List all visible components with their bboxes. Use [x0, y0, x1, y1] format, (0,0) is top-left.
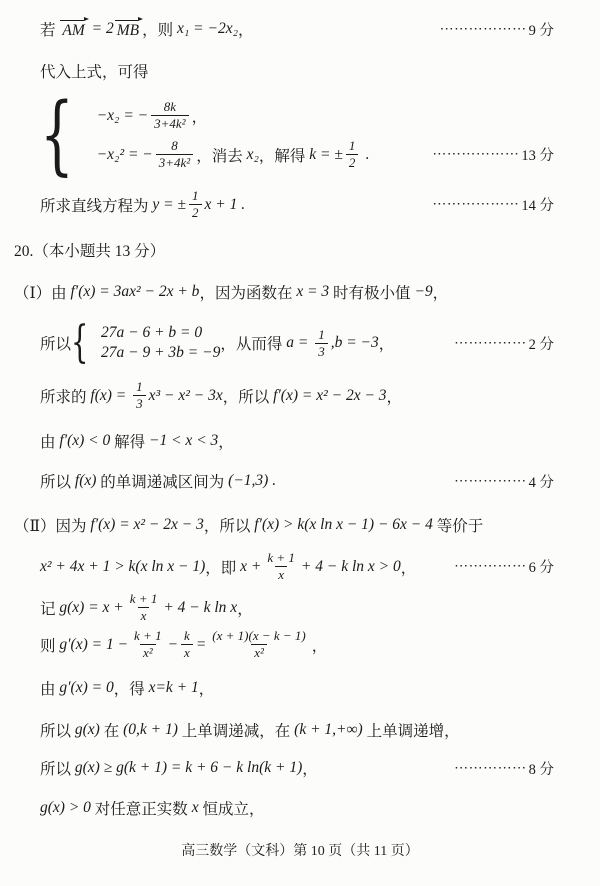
system-rows: −x₂ = −8k3+4k²， −x₂² = −83+4k²，消去 x₂，解得 …	[97, 96, 554, 174]
page-footer: 高三数学（文科）第 10 页（共 11 页）	[0, 840, 600, 860]
text: ，	[218, 430, 234, 452]
text: 等价于	[433, 514, 483, 536]
math: x₂	[247, 146, 259, 164]
numerator: 8k	[161, 99, 179, 115]
math: x₁ = −2x₂	[177, 20, 238, 38]
text: 20.（本小题共 13 分）	[14, 239, 165, 261]
text: 在	[100, 719, 123, 741]
text: ，得	[114, 677, 149, 699]
text: 则	[40, 634, 59, 656]
denominator: x	[275, 566, 287, 583]
solution-line: 代入上式，可得	[40, 60, 554, 82]
fraction: kx	[181, 628, 193, 661]
score-marker: ⋯⋯⋯⋯⋯⋯13 分	[432, 144, 554, 165]
text: ，	[199, 677, 215, 699]
denominator: 2	[189, 204, 202, 221]
part-1-line: （Ⅰ）由 f′(x) = 3ax² − 2x + b，因为函数在 x = 3 时…	[14, 281, 554, 303]
solution-line: 则 g′(x) = 1 −k + 1x²−kx=(x + 1)(x − k − …	[40, 628, 554, 661]
denominator: x	[138, 607, 150, 624]
math: −x₂ = −	[97, 107, 148, 125]
score-value: 9 分	[527, 19, 554, 40]
solution-line: 所以 f(x) 的单调递减区间为 (−1,3) . ⋯⋯⋯⋯⋯4 分	[40, 470, 554, 492]
math: + 4 − k ln x > 0	[301, 558, 401, 576]
math: f′(x) > k(x ln x − 1) − 6x − 4	[254, 516, 433, 534]
text: 解得	[110, 430, 149, 452]
denominator: 3	[315, 343, 328, 360]
solution-line: 所以 g(x) 在 (0,k + 1) 上单调递减，在 (k + 1,+∞) 上…	[40, 719, 554, 741]
solution-line: 由 f′(x) < 0 解得 −1 < x < 3，	[40, 430, 554, 452]
text: .	[361, 146, 369, 164]
math: g(x) = x +	[59, 599, 123, 617]
text: 上单调递增，	[363, 719, 460, 741]
text: 所求的	[40, 385, 90, 407]
text: ，	[312, 634, 328, 656]
math: x +	[240, 558, 261, 576]
fraction: 12	[189, 188, 202, 221]
fraction: k + 1x²	[131, 628, 165, 661]
system-row-1: −x₂ = −8k3+4k²，	[97, 99, 554, 132]
denominator: 2	[346, 154, 359, 171]
text: （Ⅱ）因为	[14, 514, 90, 536]
solution-line: 所求的 f(x) = 13x³ − x² − 3x，所以 f′(x) = x² …	[40, 379, 554, 412]
math: + 4 − k ln x	[163, 599, 237, 617]
score-value: 2 分	[527, 333, 554, 354]
solution-line-vector: 若 AM = 2MB，则 x₁ = −2x₂， ⋯⋯⋯⋯⋯⋯9 分	[40, 18, 554, 40]
system-row-2: 27a − 9 + 3b = −9	[101, 343, 220, 363]
text: 若	[40, 18, 59, 40]
fraction: 12	[346, 138, 359, 171]
text: ，因为函数在	[199, 281, 296, 303]
math: (0,k + 1)	[123, 721, 178, 739]
denominator: x²	[251, 644, 267, 661]
equation-system: { −x₂ = −8k3+4k²， −x₂² = −83+4k²，消去 x₂，解…	[40, 92, 554, 178]
text: ，	[238, 18, 254, 40]
dot-leader: ⋯⋯⋯⋯⋯	[454, 335, 527, 352]
text: ，	[237, 597, 253, 619]
math: x	[192, 799, 199, 817]
text: ，	[192, 105, 208, 127]
numerator: (x + 1)(x − k − 1)	[209, 628, 308, 644]
vector-AM: AM	[59, 22, 87, 40]
math: ,b = −3	[331, 334, 379, 352]
text: 代入上式，可得	[40, 60, 149, 82]
text: 所求直线方程为	[40, 194, 152, 216]
math: x + 1 .	[205, 196, 246, 214]
dot-leader: ⋯⋯⋯⋯⋯	[454, 558, 527, 575]
exam-answer-page: 若 AM = 2MB，则 x₁ = −2x₂， ⋯⋯⋯⋯⋯⋯9 分 代入上式，可…	[0, 0, 600, 886]
math: =	[196, 636, 206, 654]
text: 时有极小值	[329, 281, 414, 303]
solution-line-system: 所以{ 27a − 6 + b = 027a − 9 + 3b = −9 ，从而…	[40, 321, 554, 365]
fraction: 8k3+4k²	[151, 99, 188, 132]
numerator: k + 1	[127, 591, 161, 607]
fraction: 83+4k²	[156, 138, 193, 171]
vector-MB: MB	[114, 22, 142, 40]
text: 恒成立，	[199, 797, 265, 819]
math: x = 3	[296, 283, 329, 301]
problem-20-header: 20.（本小题共 13 分）	[14, 239, 554, 261]
numerator: 1	[315, 327, 328, 343]
math: g(x) ≥ g(k + 1) = k + 6 − k ln(k + 1)	[75, 759, 302, 777]
score-marker: ⋯⋯⋯⋯⋯6 分	[454, 556, 554, 577]
math: (−1,3) .	[228, 472, 276, 490]
text: ，	[401, 556, 417, 578]
text: 记	[40, 597, 59, 619]
text: 所以	[40, 719, 75, 741]
numerator: k + 1	[131, 628, 165, 644]
text: ，消去	[196, 144, 246, 166]
math: g′(x) = 0	[59, 679, 113, 697]
math: f(x)	[75, 472, 97, 490]
denominator: 3	[133, 395, 146, 412]
dot-leader: ⋯⋯⋯⋯⋯	[454, 473, 527, 490]
math: −	[168, 636, 178, 654]
math: f′(x) = 3ax² − 2x + b	[71, 283, 200, 301]
text: 由	[40, 677, 59, 699]
text: ，则	[142, 18, 177, 40]
math: f′(x) = x² − 2x − 3	[273, 387, 386, 405]
score-marker: ⋯⋯⋯⋯⋯⋯9 分	[440, 19, 554, 40]
text: 所以	[40, 757, 75, 779]
solution-line: 所求直线方程为 y = ±12x + 1 . ⋯⋯⋯⋯⋯⋯14 分	[40, 188, 554, 221]
denominator: x	[181, 644, 193, 661]
text: （Ⅰ）由	[14, 281, 71, 303]
score-marker: ⋯⋯⋯⋯⋯2 分	[454, 333, 554, 354]
numerator: 1	[189, 188, 202, 204]
math: k = ±	[309, 146, 343, 164]
system-block: { −x₂ = −8k3+4k²， −x₂² = −83+4k²，消去 x₂，解…	[40, 92, 554, 178]
math: f′(x) < 0	[59, 432, 110, 450]
system-row-2: −x₂² = −83+4k²，消去 x₂，解得 k = ±12 . ⋯⋯⋯⋯⋯⋯…	[97, 138, 554, 171]
system-brace: {	[71, 321, 88, 365]
score-value: 6 分	[527, 556, 554, 577]
math: x² + 4x + 1 > k(x ln x − 1)	[40, 558, 205, 576]
text: 上单调递减，在	[178, 719, 294, 741]
text: 由	[40, 430, 59, 452]
fraction: k + 1x	[127, 591, 161, 624]
denominator: 3+4k²	[156, 154, 193, 171]
denominator: 3+4k²	[151, 115, 188, 132]
solution-line: g(x) > 0 对任意正实数 x 恒成立，	[40, 797, 554, 819]
system-brace: {	[40, 92, 74, 178]
numerator: 1	[133, 379, 146, 395]
math: = 2	[88, 20, 114, 38]
solution-line: 由 g′(x) = 0，得 x=k + 1，	[40, 677, 554, 699]
dot-leader: ⋯⋯⋯⋯⋯	[454, 760, 527, 777]
text: ，即	[205, 556, 240, 578]
dot-leader: ⋯⋯⋯⋯⋯⋯	[440, 21, 527, 38]
dot-leader: ⋯⋯⋯⋯⋯⋯	[432, 146, 519, 163]
text: 对任意正实数	[91, 797, 192, 819]
score-marker: ⋯⋯⋯⋯⋯4 分	[454, 471, 554, 492]
math: g(x) > 0	[40, 799, 91, 817]
score-marker: ⋯⋯⋯⋯⋯8 分	[454, 758, 554, 779]
text: ，	[379, 332, 395, 354]
footer-text: 高三数学（文科）第 10 页（共 11 页）	[181, 844, 418, 859]
score-marker: ⋯⋯⋯⋯⋯⋯14 分	[432, 194, 554, 215]
score-value: 4 分	[527, 471, 554, 492]
math: g(x)	[75, 721, 100, 739]
solution-line: 记 g(x) = x +k + 1x+ 4 − k ln x，	[40, 591, 554, 624]
numerator: k	[181, 628, 193, 644]
math: x³ − x² − 3x	[149, 387, 223, 405]
system-rows: 27a − 6 + b = 027a − 9 + 3b = −9	[101, 323, 220, 363]
math: −1 < x < 3	[149, 432, 218, 450]
score-value: 8 分	[527, 758, 554, 779]
text: ，所以	[223, 385, 273, 407]
text: ，	[433, 281, 449, 303]
fraction: k + 1x	[264, 550, 298, 583]
math: x=k + 1	[149, 679, 199, 697]
math: a =	[286, 334, 312, 352]
numerator: 1	[346, 138, 359, 154]
text: ，从而得	[220, 332, 286, 354]
dot-leader: ⋯⋯⋯⋯⋯⋯	[432, 196, 519, 213]
text: 的单调递减区间为	[96, 470, 228, 492]
math: y = ±	[152, 196, 186, 214]
text: 所以	[40, 470, 75, 492]
fraction: (x + 1)(x − k − 1)x²	[209, 628, 308, 661]
text: ，解得	[259, 144, 309, 166]
numerator: 8	[168, 138, 181, 154]
score-value: 13 分	[519, 144, 554, 165]
denominator: x²	[140, 644, 156, 661]
system-row-1: 27a − 6 + b = 0	[101, 323, 220, 343]
math: (k + 1,+∞)	[294, 721, 363, 739]
text: ，	[302, 757, 318, 779]
solution-line: 所以 g(x) ≥ g(k + 1) = k + 6 − k ln(k + 1)…	[40, 757, 554, 779]
fraction: 13	[133, 379, 146, 412]
text: ，所以	[204, 514, 254, 536]
math: f(x) =	[90, 387, 130, 405]
math: f′(x) = x² − 2x − 3	[90, 516, 203, 534]
score-value: 14 分	[519, 194, 554, 215]
part-2-line: （Ⅱ）因为 f′(x) = x² − 2x − 3，所以 f′(x) > k(x…	[14, 514, 554, 536]
text: 所以	[40, 332, 71, 354]
fraction: 13	[315, 327, 328, 360]
numerator: k + 1	[264, 550, 298, 566]
math: −9	[414, 283, 432, 301]
math: −x₂² = −	[97, 146, 153, 164]
math: g′(x) = 1 −	[59, 636, 128, 654]
text: ，	[387, 385, 403, 407]
solution-line: x² + 4x + 1 > k(x ln x − 1)，即 x +k + 1x+…	[40, 550, 554, 583]
